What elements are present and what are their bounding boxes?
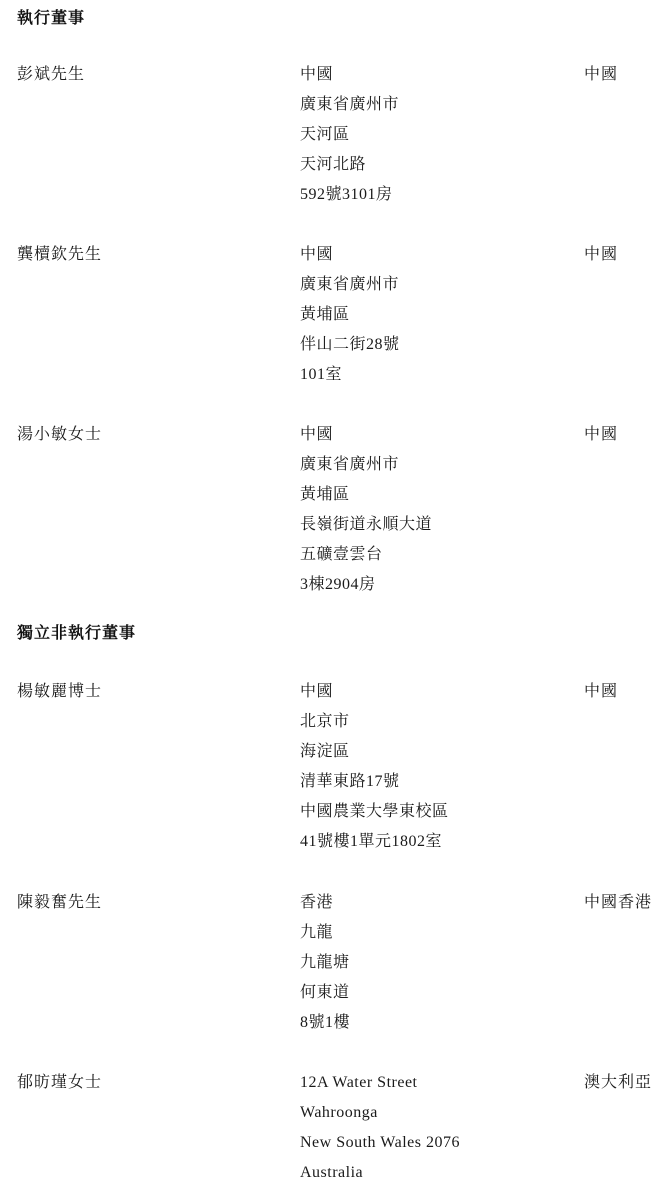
address-line: 何東道 (300, 983, 350, 1013)
director-name: 湯小敏女士 (17, 425, 102, 445)
address-line: 九龍 (300, 923, 350, 953)
address-line: 清華東路17號 (300, 772, 449, 802)
address-line: 長嶺街道永順大道 (300, 515, 432, 545)
director-address: 香港 九龍 九龍塘 何東道 8號1樓 (300, 893, 350, 1043)
address-line: 3棟2904房 (300, 575, 432, 605)
address-line: 101室 (300, 365, 400, 395)
address-line: 黃埔區 (300, 485, 432, 515)
address-line: 41號樓1單元1802室 (300, 832, 449, 862)
address-line: Australia (300, 1163, 460, 1193)
director-nationality: 中國 (584, 245, 618, 265)
address-line: 伴山二街28號 (300, 335, 400, 365)
address-line: 中國 (300, 682, 449, 712)
director-address: 中國 廣東省廣州市 天河區 天河北路 592號3101房 (300, 65, 399, 215)
director-address: 12A Water Street Wahroonga New South Wal… (300, 1073, 460, 1193)
address-line: 592號3101房 (300, 185, 399, 215)
section-heading-executive-directors: 執行董事 (17, 8, 85, 28)
director-name: 陳毅奮先生 (17, 893, 102, 913)
address-line: 廣東省廣州市 (300, 95, 399, 125)
address-line: 五礦壹雲台 (300, 545, 432, 575)
director-nationality: 澳大利亞 (584, 1073, 652, 1093)
address-line: 北京市 (300, 712, 449, 742)
director-address: 中國 廣東省廣州市 黃埔區 伴山二街28號 101室 (300, 245, 400, 395)
address-line: 8號1樓 (300, 1013, 350, 1043)
address-line: 天河區 (300, 125, 399, 155)
address-line: New South Wales 2076 (300, 1133, 460, 1163)
address-line: 12A Water Street (300, 1073, 460, 1103)
director-nationality: 中國 (584, 425, 618, 445)
director-address: 中國 北京市 海淀區 清華東路17號 中國農業大學東校區 41號樓1單元1802… (300, 682, 449, 862)
address-line: 天河北路 (300, 155, 399, 185)
address-line: 中國 (300, 65, 399, 95)
director-nationality: 中國香港 (584, 893, 652, 913)
address-line: 海淀區 (300, 742, 449, 772)
address-line: 廣東省廣州市 (300, 275, 400, 305)
address-line: 廣東省廣州市 (300, 455, 432, 485)
address-line: Wahroonga (300, 1103, 460, 1133)
director-address: 中國 廣東省廣州市 黃埔區 長嶺街道永順大道 五礦壹雲台 3棟2904房 (300, 425, 432, 605)
address-line: 黃埔區 (300, 305, 400, 335)
section-heading-independent-non-executive-directors: 獨立非執行董事 (17, 623, 136, 643)
director-name: 龔櫝欽先生 (17, 245, 102, 265)
address-line: 九龍塘 (300, 953, 350, 983)
director-name: 郁昉瑾女士 (17, 1073, 102, 1093)
address-line: 中國 (300, 245, 400, 275)
address-line: 中國農業大學東校區 (300, 802, 449, 832)
director-nationality: 中國 (584, 682, 618, 702)
director-name: 彭斌先生 (17, 65, 85, 85)
address-line: 香港 (300, 893, 350, 923)
director-name: 楊敏麗博士 (17, 682, 102, 702)
address-line: 中國 (300, 425, 432, 455)
director-nationality: 中國 (584, 65, 618, 85)
